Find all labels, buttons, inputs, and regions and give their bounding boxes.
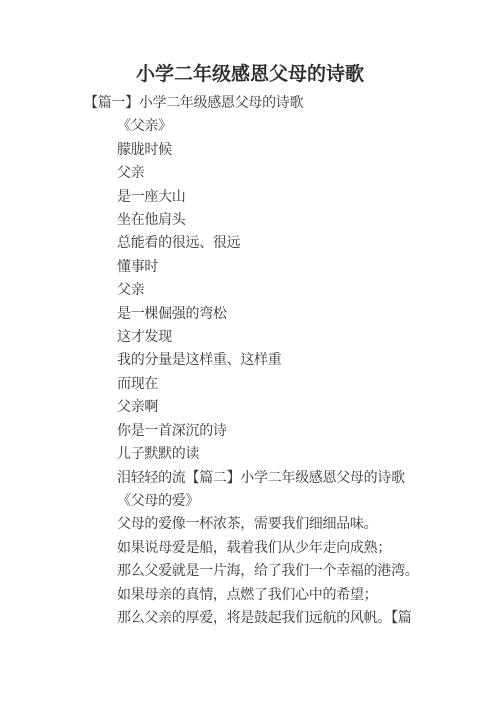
text-line: 如果说母爱是船，载着我们从少年走向成熟；	[84, 537, 470, 560]
text-line: 父亲啊	[84, 396, 470, 419]
text-line: 父亲	[84, 162, 470, 185]
page-title: 小学二年级感恩父母的诗歌	[0, 59, 500, 86]
document-page: 小学二年级感恩父母的诗歌 【篇一】小学二年级感恩父母的诗歌《父亲》朦胧时候父亲是…	[0, 0, 500, 707]
text-line: 父亲	[84, 279, 470, 302]
text-line: 总能看的很远、很远	[84, 232, 470, 255]
text-line: 父母的爱像一杯浓茶，需要我们细细品味。	[84, 513, 470, 536]
text-line: 是一棵倔强的弯松	[84, 303, 470, 326]
text-line: 是一座大山	[84, 186, 470, 209]
text-line: 泪轻轻的流【篇二】小学二年级感恩父母的诗歌	[84, 467, 470, 490]
text-line: 【篇一】小学二年级感恩父母的诗歌	[84, 92, 470, 115]
text-line: 朦胧时候	[84, 139, 470, 162]
text-line: 儿子默默的读	[84, 443, 470, 466]
text-line: 如果母亲的真情，点燃了我们心中的希望；	[84, 584, 470, 607]
text-line: 《父亲》	[84, 115, 470, 138]
text-line: 那么父爱就是一片海，给了我们一个幸福的港湾。	[84, 560, 470, 583]
text-line: 懂事时	[84, 256, 470, 279]
document-body: 【篇一】小学二年级感恩父母的诗歌《父亲》朦胧时候父亲是一座大山坐在他肩头总能看的…	[84, 92, 470, 630]
text-line: 坐在他肩头	[84, 209, 470, 232]
text-line: 那么父亲的厚爱，将是鼓起我们远航的风帆。【篇	[84, 607, 470, 630]
text-line: 我的分量是这样重、这样重	[84, 349, 470, 372]
text-line: 你是一首深沉的诗	[84, 420, 470, 443]
text-line: 这才发现	[84, 326, 470, 349]
text-line: 而现在	[84, 373, 470, 396]
text-line: 《父母的爱》	[84, 490, 470, 513]
